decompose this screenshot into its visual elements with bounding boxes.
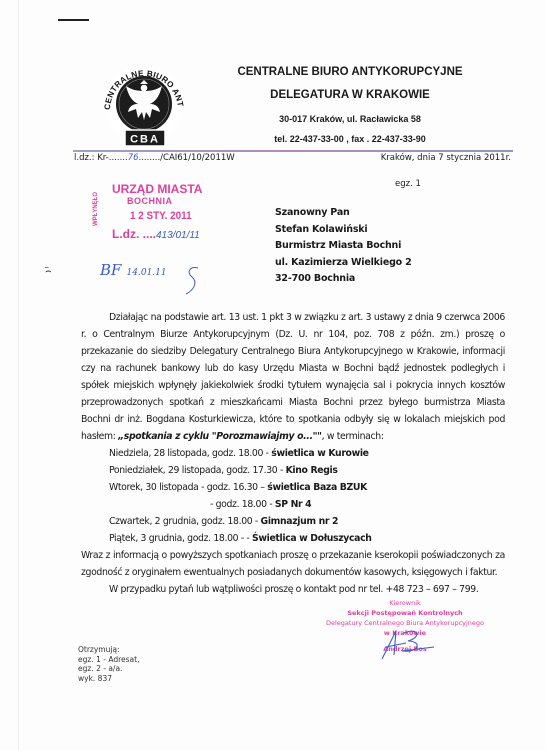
distribution-list: Otrzymują: egz. 1 - Adresat, egz. 2 - a/…: [78, 645, 139, 683]
meeting-series-title: „spotkania z cyklu "Porozmawiajmy o..."": [118, 431, 322, 442]
copy-label: egz. 1: [395, 179, 421, 189]
distribution-item: wyk. 837: [78, 674, 139, 684]
reference-prefix: l.dz.: Kr-: [74, 153, 109, 163]
handwritten-signature: [372, 625, 442, 665]
signatory-title: Kierownik: [310, 598, 500, 608]
handwritten-date: 14.01.11: [127, 268, 167, 278]
distribution-item: egz. 1 - Adresat,: [78, 655, 139, 665]
stamp-received-vertical: WPŁYNĘŁO: [93, 192, 99, 226]
org-address: 30-017 Kraków, ul. Racławicka 58: [190, 114, 510, 124]
meeting-schedule: Niedziela, 28 listopada, godz. 18.00 - ś…: [81, 445, 505, 547]
org-name: CENTRALNE BIURO ANTYKORUPCYJNE: [190, 66, 510, 78]
header-rule: [73, 150, 513, 152]
schedule-item: Piątek, 3 grudnia, godz. 18.00 - - Świet…: [109, 530, 505, 547]
reference-handwritten: 76: [128, 153, 139, 163]
logo-badge: CBA: [130, 134, 160, 146]
schedule-item: Czwartek, 2 grudnia, godz. 18.00 - Gimna…: [109, 513, 505, 530]
schedule-item: - godz. 18.00 - SP Nr 4: [109, 496, 505, 513]
handwritten-squiggle: [168, 264, 208, 300]
distribution-heading: Otrzymują:: [78, 645, 139, 655]
org-phone-fax: tel. 22-437-33-00 , fax . 22-437-33-90: [190, 134, 510, 144]
scan-mark: [58, 19, 89, 21]
reference-number: l.dz.: Kr-.......76......../CAI61/10/201…: [74, 153, 235, 163]
distribution-item: egz. 2 - a/a.: [78, 664, 139, 674]
stamp-city: BOCHNIA: [127, 196, 173, 206]
cba-logo: CENTRALNE BIURO ANTYKORUPCYJNE CBA: [92, 60, 200, 152]
received-stamp: URZĄD MIASTA BOCHNIA WPŁYNĘŁO 1 2 STY. 2…: [95, 177, 245, 247]
stamp-ldz-handwritten: 413/01/11: [156, 230, 200, 241]
paragraph-documents: Wraz z informacją o powyższych spotkania…: [81, 547, 505, 581]
letter-date: Kraków, dnia 7 stycznia 2011r.: [381, 153, 511, 163]
recipient-address: Szanowny Pan Stefan Kolawiński Burmistrz…: [275, 205, 412, 288]
recipient-line: Szanowny Pan: [275, 205, 412, 222]
stamp-ldz-label: L.dz.: [112, 227, 139, 241]
reference-suffix: /CAI61/10/2011W: [160, 153, 235, 163]
margin-mark: ⌢‾: [45, 266, 52, 288]
paragraph-contact: W przypadku pytań lub wątpliwości proszę…: [81, 581, 505, 598]
recipient-line: ul. Kazimierza Wielkiego 2: [275, 255, 412, 272]
stamp-date: 1 2 STY. 2011: [130, 210, 192, 222]
paragraph-request: Działając na podstawie art. 13 ust. 1 pk…: [81, 309, 505, 445]
schedule-item: Wtorek, 30 listopada - godz. 16.30 – świ…: [109, 479, 505, 496]
recipient-line: Burmistrz Miasta Bochni: [275, 238, 412, 255]
recipient-line: 32-700 Bochnia: [275, 271, 412, 288]
branch-name: DELEGATURA W KRAKOWIE: [190, 89, 510, 101]
signatory-unit: Sekcji Postępowań Kontrolnych: [310, 608, 500, 618]
scan-edge: [18, 0, 19, 750]
handwritten-note: BF 14.01.11: [100, 260, 167, 279]
schedule-item: Poniedziałek, 29 listopada, godz. 17.30 …: [109, 462, 505, 479]
stamp-office: URZĄD MIASTA: [112, 182, 202, 196]
stamp-ldz: L.dz. ....413/01/11: [112, 227, 200, 241]
recipient-line: Stefan Kolawiński: [275, 222, 412, 239]
schedule-item: Niedziela, 28 listopada, godz. 18.00 - ś…: [109, 445, 505, 462]
letter-body: Działając na podstawie art. 13 ust. 1 pk…: [81, 309, 505, 598]
handwritten-initials: BF: [100, 261, 121, 279]
